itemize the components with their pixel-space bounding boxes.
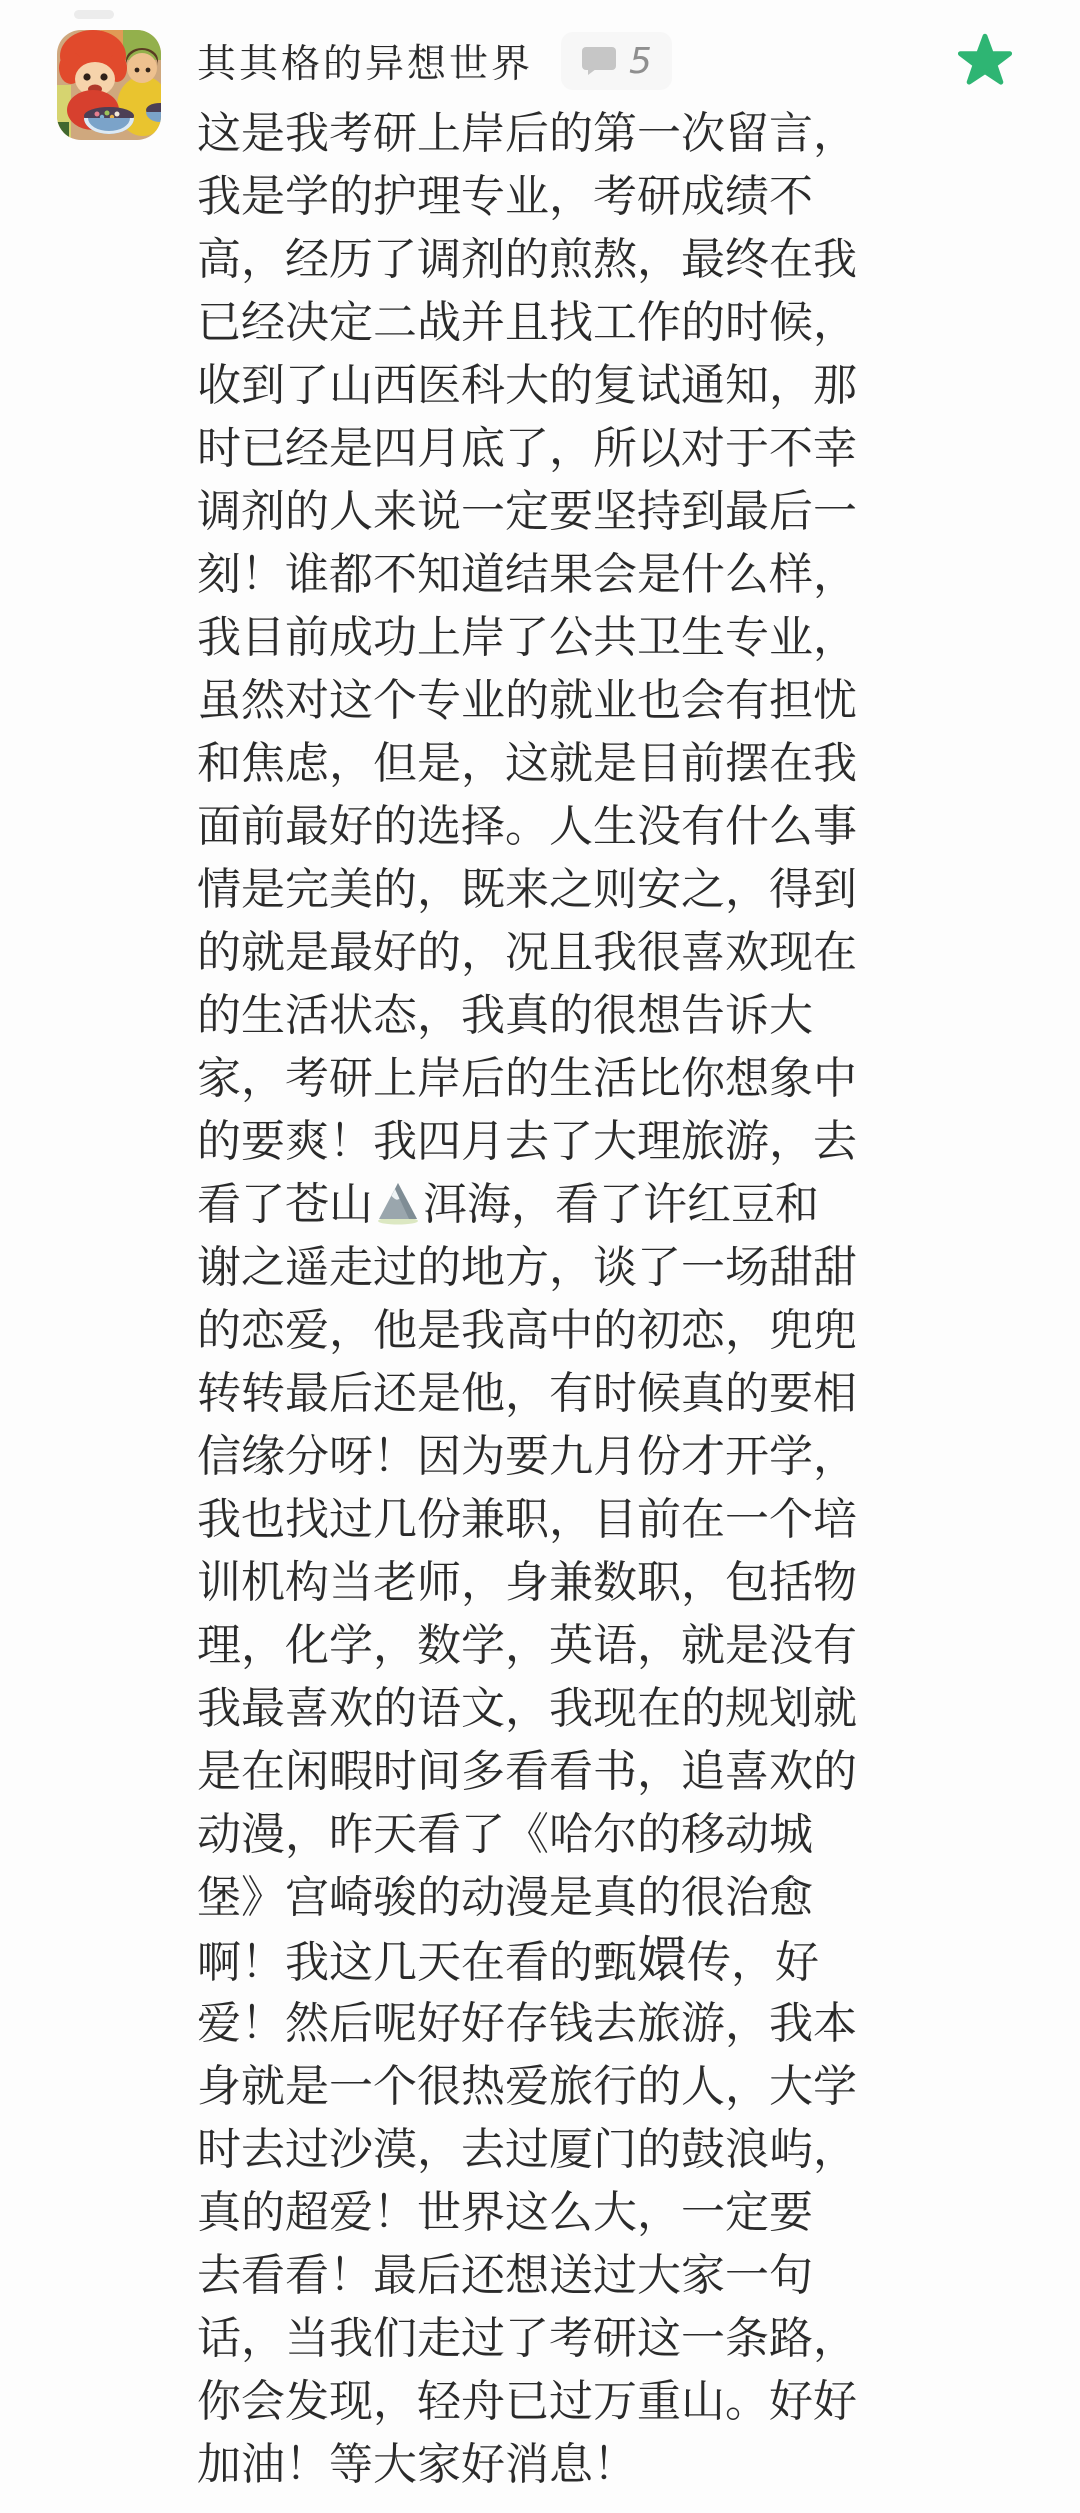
comment-line: 情是完美的，既来之则安之，得到 (197, 858, 1007, 921)
comment-content: 其其格的异想世界 5 这是我考研上岸后的第一次留言，我是学的护理专业，考研成绩不… (197, 30, 1007, 2496)
comment-line: 我目前成功上岸了公共卫生专业， (197, 606, 1007, 669)
comment-line: 看了苍山洱海，看了许红豆和 (197, 1173, 1007, 1236)
comment-line: 身就是一个很热爱旅行的人，大学 (197, 2055, 1007, 2118)
avatar[interactable] (57, 30, 161, 140)
comment-line: 虽然对这个专业的就业也会有担忧 (197, 669, 1007, 732)
comment-line: 的生活状态，我真的很想告诉大 (197, 984, 1007, 1047)
comment-line: 时已经是四月底了，所以对于不幸 (197, 417, 1007, 480)
comment-line: 去看看！最后还想送过大家一句 (197, 2244, 1007, 2307)
comment-count-badge[interactable]: 5 (561, 32, 672, 90)
comment-line: 真的超爱！世界这么大，一定要 (197, 2181, 1007, 2244)
comment-line: 高，经历了调剂的煎熬，最终在我 (197, 228, 1007, 291)
comment-line: 我也找过几份兼职，目前在一个培 (197, 1488, 1007, 1551)
comment-line: 谢之遥走过的地方，谈了一场甜甜 (197, 1236, 1007, 1299)
print-style-character: 嬛 (637, 1931, 687, 1989)
comment-line: 面前最好的选择。人生没有什么事 (197, 795, 1007, 858)
comment-line: 刻！谁都不知道结果会是什么样， (197, 543, 1007, 606)
comment-card: 其其格的异想世界 5 这是我考研上岸后的第一次留言，我是学的护理专业，考研成绩不… (0, 0, 1080, 2513)
comment-line: 转转最后还是他，有时候真的要相 (197, 1362, 1007, 1425)
comment-line: 话，当我们走过了考研这一条路， (197, 2307, 1007, 2370)
comment-count: 5 (629, 41, 652, 82)
mountain-emoji (373, 1173, 423, 1236)
comment-line: 训机构当老师，身兼数职，包括物 (197, 1551, 1007, 1614)
comment-line: 这是我考研上岸后的第一次留言， (197, 102, 1007, 165)
comment-line: 你会发现，轻舟已过万重山。好好 (197, 2370, 1007, 2433)
comment-line: 我最喜欢的语文，我现在的规划就 (197, 1677, 1007, 1740)
comment-line: 动漫，昨天看了《哈尔的移动城 (197, 1803, 1007, 1866)
comment-line: 家，考研上岸后的生活比你想象中 (197, 1047, 1007, 1110)
comment-line: 是在闲暇时间多看看书，追喜欢的 (197, 1740, 1007, 1803)
comment-line: 堡》宫崎骏的动漫是真的很治愈 (197, 1866, 1007, 1929)
comment-line: 收到了山西医科大的复试通知，那 (197, 354, 1007, 417)
username: 其其格的异想世界 (197, 33, 533, 89)
comment-line: 我是学的护理专业，考研成绩不 (197, 165, 1007, 228)
comment-line: 加油！等大家好消息！ (197, 2433, 1007, 2496)
speech-bubble-icon (581, 46, 617, 76)
comment-line: 信缘分呀！因为要九月份才开学， (197, 1425, 1007, 1488)
comment-line: 的要爽！我四月去了大理旅游，去 (197, 1110, 1007, 1173)
comment-line: 时去过沙漠，去过厦门的鼓浪屿， (197, 2118, 1007, 2181)
comment-line: 的恋爱，他是我高中的初恋，兜兜 (197, 1299, 1007, 1362)
comment-text: 这是我考研上岸后的第一次留言，我是学的护理专业，考研成绩不高，经历了调剂的煎熬，… (197, 102, 1007, 2496)
avatar-image (57, 30, 161, 140)
comment-line: 和焦虑，但是，这就是目前摆在我 (197, 732, 1007, 795)
comment-line: 的就是最好的，况且我很喜欢现在 (197, 921, 1007, 984)
comment-line: 已经决定二战并且找工作的时候， (197, 291, 1007, 354)
name-row: 其其格的异想世界 5 (197, 30, 1007, 92)
previous-item-fragment (74, 10, 114, 19)
comment-line: 调剂的人来说一定要坚持到最后一 (197, 480, 1007, 543)
comment-line: 啊！我这几天在看的甄嬛传，好 (197, 1929, 1007, 1992)
comment-line: 爱！然后呢好好存钱去旅游，我本 (197, 1992, 1007, 2055)
comment-line: 理，化学，数学，英语，就是没有 (197, 1614, 1007, 1677)
